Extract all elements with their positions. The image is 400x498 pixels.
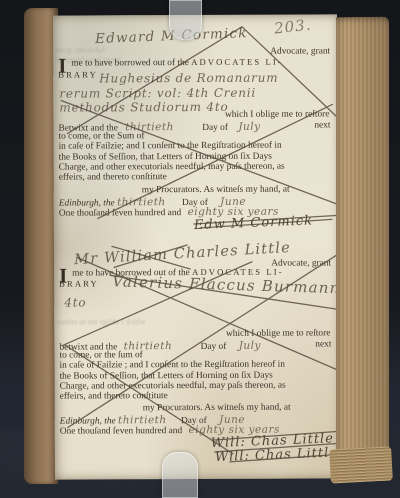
restore-line: which I oblige me to reſtore (225, 110, 329, 120)
restore-line: which I oblige me to reſtore (226, 329, 330, 339)
book-title-handwritten: rerum Script: vol: 4th Crenii (59, 86, 256, 101)
book-title-handwritten: Hughesius de Romanarum (99, 71, 278, 86)
effeirs-line: effeirs, and thereto conſtitute (60, 391, 334, 402)
borrower-name-handwritten: Mr William Charles Little (74, 240, 292, 268)
procurators-line: my Procurators. As witneſs my hand, at (143, 403, 334, 414)
bleedthrough-text: which I oblige me to reſtore (56, 317, 145, 326)
fore-edge-page-stack (336, 17, 389, 480)
effeirs-line: effeirs, and thereto conſtitute (59, 172, 333, 183)
borrow-line: I me to have borrowed out of the ADVOCAT… (58, 57, 332, 69)
next-label: next (314, 121, 330, 131)
page-number: 203. (273, 16, 312, 38)
page-holding-strap-top (169, 0, 202, 40)
book-format-handwritten: 4to (64, 295, 86, 309)
page-holding-strap-bottom (162, 452, 198, 498)
next-label: next (315, 340, 331, 350)
borrow-line-text: me to have borrowed out of the (71, 58, 189, 69)
borrower-signature: Edw M Cormick (194, 213, 314, 233)
book-photograph: 203. Advocate, grant me to have borrowed… (0, 0, 400, 498)
procurators-line: my Procurators. As witneſs my hand, at (142, 185, 333, 196)
ledger-page: 203. Advocate, grant me to have borrowed… (53, 14, 339, 479)
book-title-handwritten: methodus Studiorum 4to (59, 100, 228, 115)
fore-edge-bottom-corner (329, 446, 393, 483)
advocates-library-label: ADVOCATES LI- (191, 57, 283, 67)
year-print-label: One thouſand ſeven hundred and (60, 426, 182, 437)
failzie-line: in caſe of Failzie ; and I conſent to th… (59, 360, 333, 371)
failzie-line: in caſe of Failzie; and I conſent to the… (59, 141, 333, 152)
year-print-label: One thouſand ſeven hundred and (59, 208, 181, 219)
